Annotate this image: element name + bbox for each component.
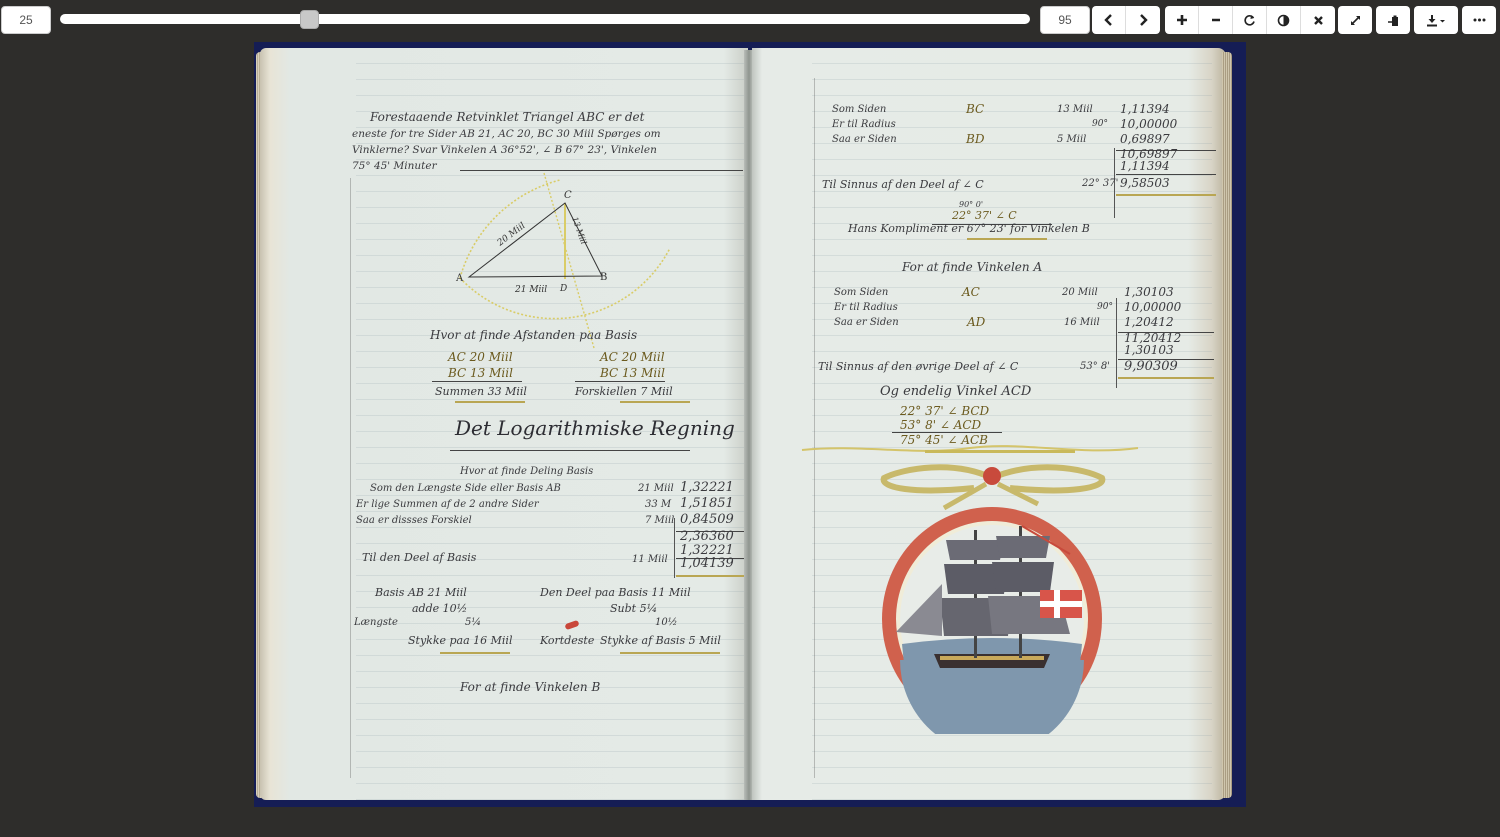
svg-text:21 Miil: 21 Miil [514, 285, 547, 295]
minus-icon [1210, 14, 1222, 26]
calc-left-1: Basis AB 21 Miil [375, 586, 467, 599]
log-rule [1116, 174, 1216, 175]
a-result-label: Til Sinnus af den øvrige Deel af ∠ C [818, 360, 1018, 373]
previous-page-button[interactable] [1092, 6, 1126, 34]
gold-underline [1118, 377, 1214, 379]
log-row-3-log: 0,84509 [680, 512, 734, 527]
calc-left-4: Stykke paa 16 Miil [408, 634, 512, 647]
column-rule [674, 518, 675, 578]
intro-line-3: Vinklerne? Svar Vinkelen A 36°52', ∠ B 6… [352, 144, 657, 156]
close-icon [1313, 15, 1324, 26]
sub-heading: Hvor at finde Deling Basis [460, 466, 593, 477]
result-label: Til den Deel af Basis [362, 551, 476, 564]
column-rule [1116, 298, 1117, 388]
nav-button-group [1092, 6, 1160, 34]
left-page: Forestaaende Retvinklet Triangel ABC er … [260, 48, 748, 800]
b-complement-mid: 22° 37' ∠ C [952, 209, 1017, 222]
download-icon [1426, 14, 1446, 27]
log-row-1-value: 21 Miil [638, 483, 674, 494]
sum-row-1: AC 20 Miil [448, 350, 513, 364]
a-row-3-value: 16 Miil [1064, 317, 1100, 328]
b-row-1-log: 1,11394 [1120, 102, 1170, 116]
a-row-2-value: 90° [1097, 302, 1113, 312]
a-row-1-log: 1,30103 [1124, 285, 1174, 299]
right-page: Som Siden BC 13 Miil 1,11394 Er til Radi… [752, 48, 1226, 800]
diff-total: Forskiellen 7 Miil [575, 385, 673, 398]
reset-button[interactable] [1301, 6, 1335, 34]
b-row-1-side: BC [966, 102, 984, 116]
log-sum: 2,36360 [680, 529, 734, 544]
total-pages-display: 95 [1040, 6, 1090, 34]
expand-arrows-icon [1349, 14, 1362, 27]
gold-underline [676, 575, 748, 577]
sum-row-2: BC 13 Miil [448, 366, 513, 380]
log-row-1-label: Som den Længste Side eller Basis AB [370, 483, 561, 494]
a-row-2-label: Er til Radius [834, 302, 898, 313]
plus-icon [1176, 14, 1188, 26]
zoom-in-button[interactable] [1165, 6, 1199, 34]
download-button[interactable] [1414, 6, 1458, 34]
calc-left-label: Længste [354, 617, 398, 628]
page-edges-right [1222, 52, 1232, 798]
b-row-2-label: Er til Radius [832, 119, 896, 130]
result-log: 1,04139 [680, 556, 734, 571]
sum-total: Summen 33 Miil [435, 385, 527, 398]
contrast-icon [1277, 14, 1290, 27]
b-row-2-log: 10,00000 [1120, 117, 1177, 131]
clipboard-hand-icon [1387, 14, 1400, 27]
svg-text:13 Miil: 13 Miil [570, 216, 588, 246]
b-row-3-label: Saa er Siden [832, 134, 897, 145]
log-row-2-value: 33 M [645, 499, 671, 510]
a-section: For at finde Vinkelen A [902, 260, 1042, 274]
footer-section: For at finde Vinkelen B [460, 680, 600, 694]
a-row-2-log: 10,00000 [1124, 300, 1181, 314]
svg-text:D: D [559, 284, 567, 294]
margin-rule [350, 178, 351, 778]
current-page-input[interactable]: 25 [1, 6, 51, 34]
calc-right-3: 10½ [655, 617, 677, 628]
chevron-left-icon [1104, 14, 1114, 26]
gold-underline [967, 238, 1047, 240]
b-complement-top: 90° 0' [959, 200, 983, 209]
gold-underline [1116, 194, 1216, 196]
calc-right-1: Den Deel paa Basis 11 Miil [540, 586, 691, 599]
b-row-3-log: 0,69897 [1120, 132, 1170, 146]
result-value: 11 Miil [632, 554, 668, 565]
diff-row-2: BC 13 Miil [600, 366, 665, 380]
log-row-3-value: 7 Miil [645, 515, 674, 526]
diff-row-1: AC 20 Miil [600, 350, 665, 364]
svg-text:B: B [600, 272, 607, 283]
download-group [1414, 6, 1458, 34]
log-row-2-label: Er lige Summen af de 2 andre Sider [356, 499, 539, 510]
gold-underline [620, 401, 690, 403]
calc-left-3: 5¼ [465, 617, 481, 628]
gold-underline [455, 401, 525, 403]
svg-text:A: A [455, 273, 464, 284]
image-viewer[interactable]: Forestaaende Retvinklet Triangel ABC er … [0, 40, 1500, 837]
a-row-1-value: 20 Miil [1062, 287, 1098, 298]
zoom-out-button[interactable] [1199, 6, 1233, 34]
total-angle-heading: Og endelig Vinkel ACD [880, 384, 1031, 399]
sum-rule [432, 381, 522, 382]
rotate-button[interactable] [1233, 6, 1267, 34]
logarithm-heading: Det Logarithmiske Regning [455, 416, 735, 440]
ornament-divider [800, 442, 1140, 460]
more-button[interactable] [1462, 6, 1496, 34]
manuscript-scan: Forestaaende Retvinklet Triangel ABC er … [254, 42, 1246, 807]
page-slider-thumb[interactable] [300, 10, 319, 29]
a-row-3-log: 1,20412 [1124, 315, 1174, 329]
a-row-1-side: AC [962, 285, 980, 299]
log-row-1-log: 1,32221 [680, 480, 734, 495]
b-row-3-side: BD [966, 132, 984, 146]
fullscreen-group [1338, 6, 1372, 34]
intro-line-1: Forestaaende Retvinklet Triangel ABC er … [370, 110, 644, 124]
log-row-3-label: Saa er dissses Forskiel [356, 515, 472, 526]
gold-underline [440, 652, 510, 654]
image-tools-group [1165, 6, 1335, 34]
select-tool-button[interactable] [1376, 6, 1410, 34]
margin-rule [814, 78, 815, 778]
calc-right-2: Subt 5¼ [610, 602, 657, 615]
b-row-1-label: Som Siden [832, 104, 886, 115]
diff-rule [575, 381, 665, 382]
angle-1: 22° 37' ∠ BCD [900, 404, 989, 418]
red-mark [564, 620, 579, 630]
gold-underline [620, 652, 720, 654]
fullscreen-button[interactable] [1338, 6, 1372, 34]
contrast-button[interactable] [1267, 6, 1301, 34]
section-basis: Hvor at finde Afstanden paa Basis [430, 328, 637, 342]
svg-text:C: C [564, 190, 572, 201]
ship-illustration [874, 464, 1110, 734]
b-row-2-value: 90° [1092, 119, 1108, 129]
b-result-angle: 22° 37' [1082, 178, 1118, 189]
b-row-1-value: 13 Miil [1057, 104, 1093, 115]
b-complement: Hans Kompliment er 67° 23' for Vinkelen … [848, 222, 1090, 235]
b-result-log: 9,58503 [1120, 176, 1170, 190]
chevron-right-icon [1138, 14, 1148, 26]
a-row-3-label: Saa er Siden [834, 317, 899, 328]
next-page-button[interactable] [1126, 6, 1160, 34]
calc-right-label: Kortdeste [540, 634, 594, 647]
rotate-icon [1243, 14, 1256, 27]
angle-2: 53° 8' ∠ ACD [900, 418, 981, 432]
a-row-1-label: Som Siden [834, 287, 888, 298]
a-row-3-side: AD [967, 315, 985, 329]
more-group [1462, 6, 1496, 34]
calc-left-2: adde 10½ [412, 602, 467, 615]
calc-right-4: Stykke af Basis 5 Miil [600, 634, 721, 647]
log-row-2-log: 1,51851 [680, 496, 734, 511]
intro-line-2: eneste for tre Sider AB 21, AC 20, BC 30… [352, 128, 661, 140]
heading-rule [450, 450, 690, 451]
b-result-label: Til Sinnus af den Deel af ∠ C [822, 178, 984, 191]
more-dots-icon [1473, 18, 1486, 22]
page-slider[interactable] [60, 14, 1030, 24]
viewer-toolbar: 25 95 [0, 0, 1500, 40]
b-row-3-value: 5 Miil [1057, 134, 1086, 145]
a-result-angle: 53° 8' [1080, 361, 1110, 372]
a-sub: 1,30103 [1124, 343, 1174, 357]
a-result-log: 9,90309 [1124, 359, 1178, 374]
b-sub: 1,11394 [1120, 159, 1170, 173]
select-tool-group [1376, 6, 1410, 34]
